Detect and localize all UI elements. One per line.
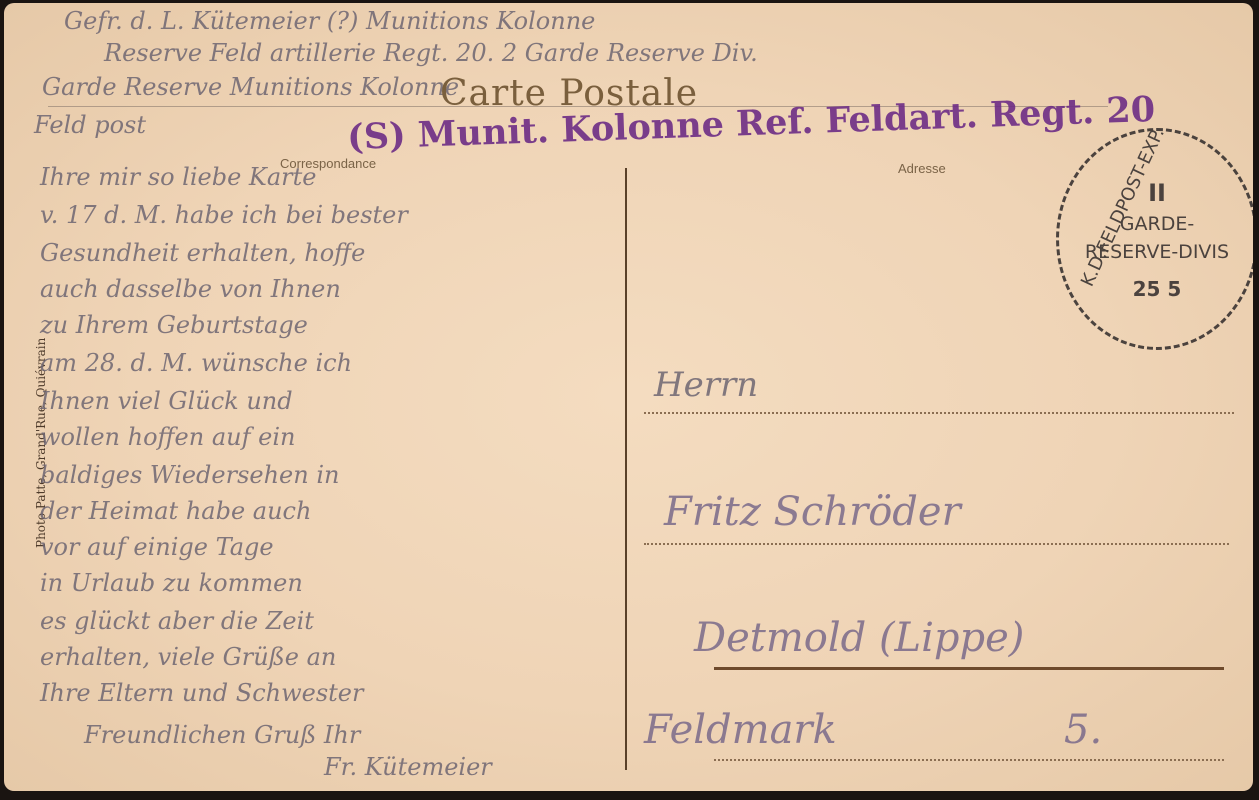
postmark: K.D.FELDPOST-EXP. II GARDE- RESERVE-DIVI…: [1056, 128, 1253, 350]
signature: Fr. Kütemeier: [324, 753, 492, 781]
address-label: Adresse: [898, 161, 946, 176]
message-line: es glückt aber die Zeit: [40, 607, 314, 635]
message-line: Ihnen viel Glück und: [40, 387, 293, 415]
message-line: Ihre mir so liebe Karte: [40, 163, 316, 191]
message-line: erhalten, viele Grüße an: [40, 643, 336, 671]
postmark-line2: RESERVE-DIVIS: [1059, 241, 1253, 263]
address-house-number: 5.: [1064, 707, 1102, 753]
message-line: v. 17 d. M. habe ich bei bester: [40, 201, 408, 229]
message-line: Ihre Eltern und Schwester: [40, 679, 363, 707]
address-city: Detmold (Lippe): [694, 615, 1024, 661]
message-line: in Urlaub zu kommen: [40, 569, 303, 597]
address-line-2: [644, 543, 1229, 545]
center-divider: [625, 168, 627, 770]
message-line: Freundlichen Gruß Ihr: [84, 721, 360, 749]
address-street: Feldmark: [644, 707, 837, 753]
message-line: Gesundheit erhalten, hoffe: [40, 239, 365, 267]
address-line-4: [714, 759, 1224, 761]
handwritten-header-line: Garde Reserve Munitions Kolonne: [42, 73, 459, 101]
handwritten-header-line: Gefr. d. L. Kütemeier (?) Munitions Kolo…: [64, 7, 595, 35]
message-line: vor auf einige Tage: [40, 533, 274, 561]
message-line: der Heimat habe auch: [40, 497, 311, 525]
handwritten-header-line: Reserve Feld artillerie Regt. 20. 2 Gard…: [104, 39, 758, 67]
message-line: wollen hoffen auf ein: [40, 423, 295, 451]
address-line-1: [644, 412, 1234, 414]
postmark-arc-text: K.D.FELDPOST-EXP.: [1077, 125, 1169, 290]
message-line: auch dasselbe von Ihnen: [40, 275, 341, 303]
message-line: baldiges Wiedersehen in: [40, 461, 339, 489]
postmark-date: 25 5: [1059, 277, 1253, 301]
message-line: zu Ihrem Geburtstage: [40, 311, 308, 339]
postmark-unit-number: II: [1059, 179, 1253, 207]
handwritten-header-line: Feld post: [34, 111, 146, 139]
address-line-3: [714, 667, 1224, 670]
postmark-line1: GARDE-: [1059, 213, 1253, 235]
address-salutation: Herrn: [654, 365, 758, 405]
address-name: Fritz Schröder: [664, 489, 961, 535]
postcard: Gefr. d. L. Kütemeier (?) Munitions Kolo…: [4, 3, 1253, 791]
message-line: am 28. d. M. wünsche ich: [40, 349, 352, 377]
